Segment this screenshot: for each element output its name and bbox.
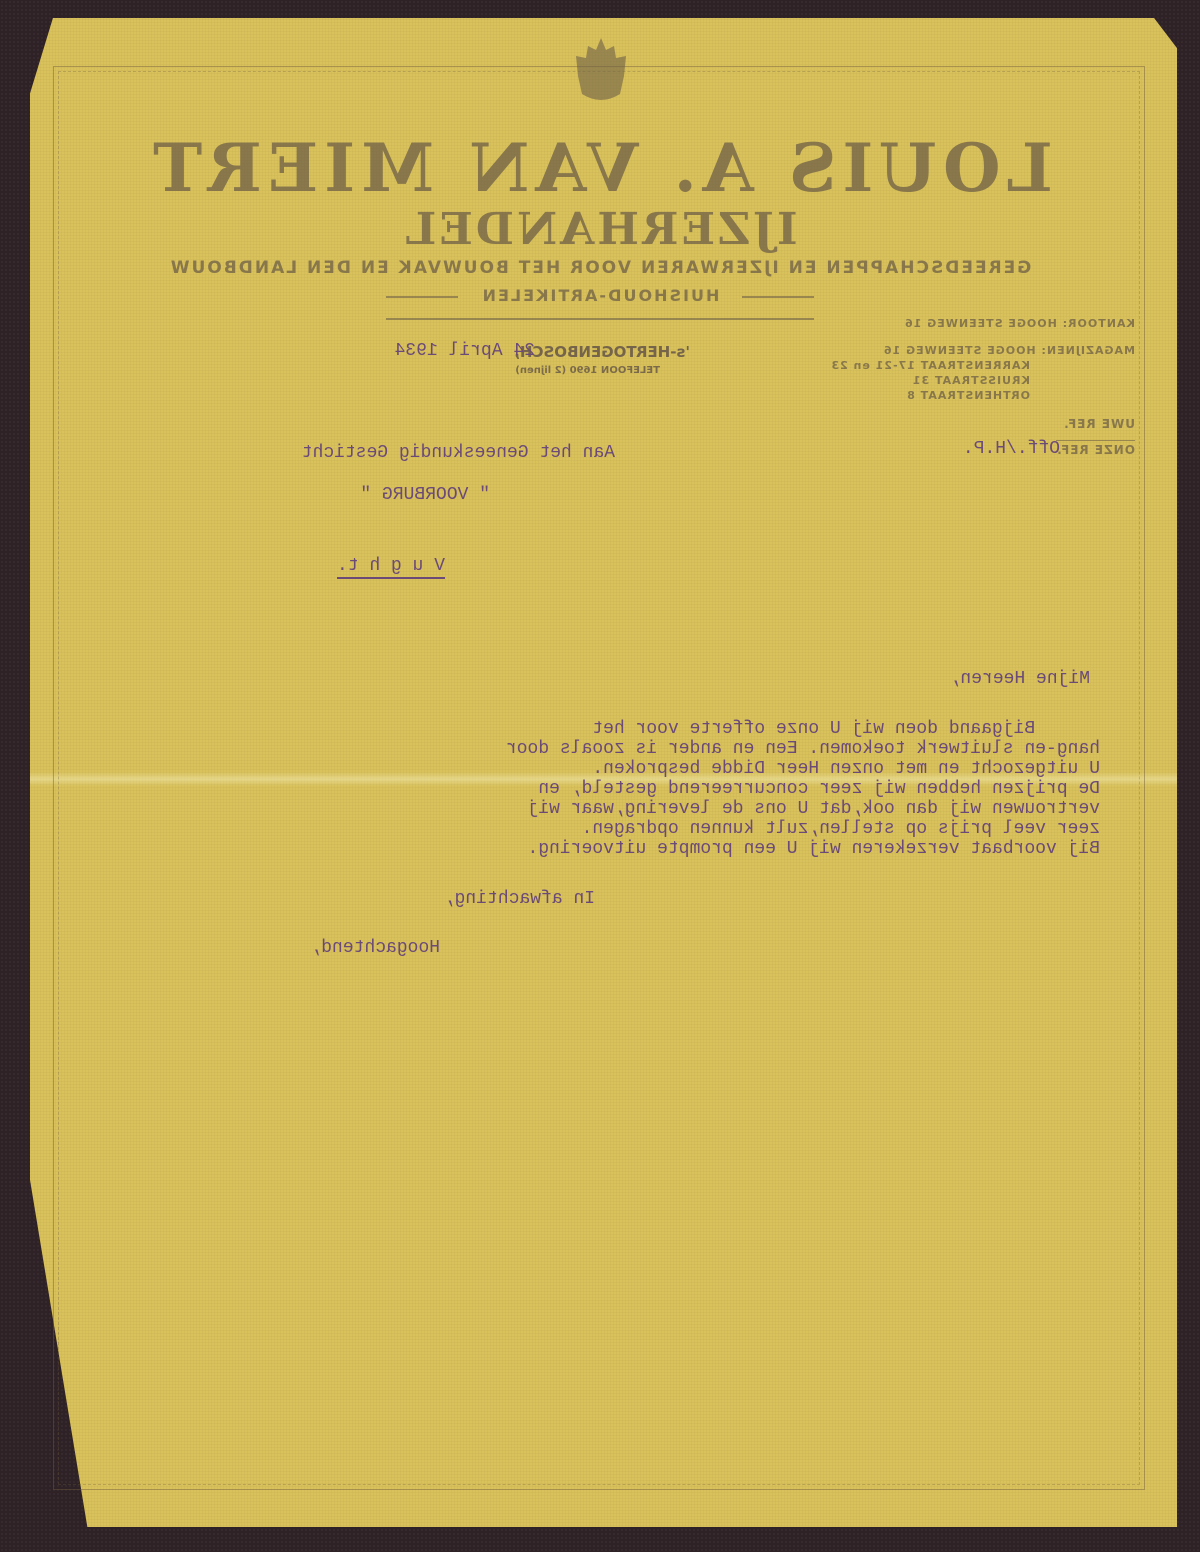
closing-signoff: Hoogachtend,	[310, 937, 440, 959]
letterhead-telephone: TELEFOON 1690 (2 lijnen)	[515, 365, 660, 376]
warehouse-address: KARRENSTRAAT 17-21 en 23	[830, 358, 1030, 373]
recipient-line: " VOORBURG "	[360, 484, 490, 506]
body-line: vertrouwen wij dan ook,dat U ons de leve…	[528, 798, 1101, 820]
company-name: LOUIS A. VAN MIERT	[100, 135, 1100, 201]
company-tagline: GEREEDSCHAPPEN EN IJZERWAREN VOOR HET BO…	[100, 258, 1100, 278]
letter-date: 24 April 1934	[395, 340, 535, 362]
warehouse-address: ORTHENSTRAAT 8	[906, 388, 1030, 403]
warehouse-address: KRUISSTRAAT 31	[912, 373, 1030, 388]
office-address: KANTOOR: HOOGE STEENWEG 16	[904, 316, 1135, 331]
body-line: Bijgaand doen wij U onze offerte voor he…	[592, 718, 1100, 740]
company-trade: IJZERHANDEL	[100, 208, 1100, 252]
recipient-line: Aan het Geneeskundig Gesticht	[302, 442, 615, 464]
crown-emblem-icon	[570, 36, 632, 106]
rule-right	[386, 296, 458, 298]
our-ref-label: ONZE REF.	[1056, 440, 1135, 458]
closing-line: In afwachting,	[444, 888, 595, 910]
body-line: zeer veel prijs op stellen,zult kunnen o…	[582, 818, 1100, 840]
body-line: U uitgezocht en met onzen Heer Didde bes…	[592, 758, 1100, 780]
body-line: Bij voorbaat verzekeren wij U een prompt…	[528, 838, 1101, 860]
mirrored-page-content: LOUIS A. VAN MIERT IJZERHANDEL GEREEDSCH…	[0, 0, 1200, 1552]
your-ref-label: UWE REF.	[1063, 417, 1135, 432]
recipient-city: V u g h t.	[337, 555, 445, 579]
our-ref-value: Off./H.P.	[963, 438, 1060, 460]
salutation: Mijne Heeren,	[950, 668, 1090, 690]
rule-bottom	[386, 318, 814, 320]
warehouse-address-label: MAGAZIJNEN: HOOGE STEENWEG 16	[883, 343, 1135, 358]
body-line: hang-en sluitwerk toekomen. Een en ander…	[506, 738, 1100, 760]
letterhead-city: 's-HERTOGENBOSCH,	[514, 343, 690, 361]
rule-left	[742, 296, 814, 298]
body-line: De prijzen hebben wij zeer concurreerend…	[538, 778, 1100, 800]
company-subtagline: HUISHOUD-ARTIKELEN	[100, 286, 1100, 305]
